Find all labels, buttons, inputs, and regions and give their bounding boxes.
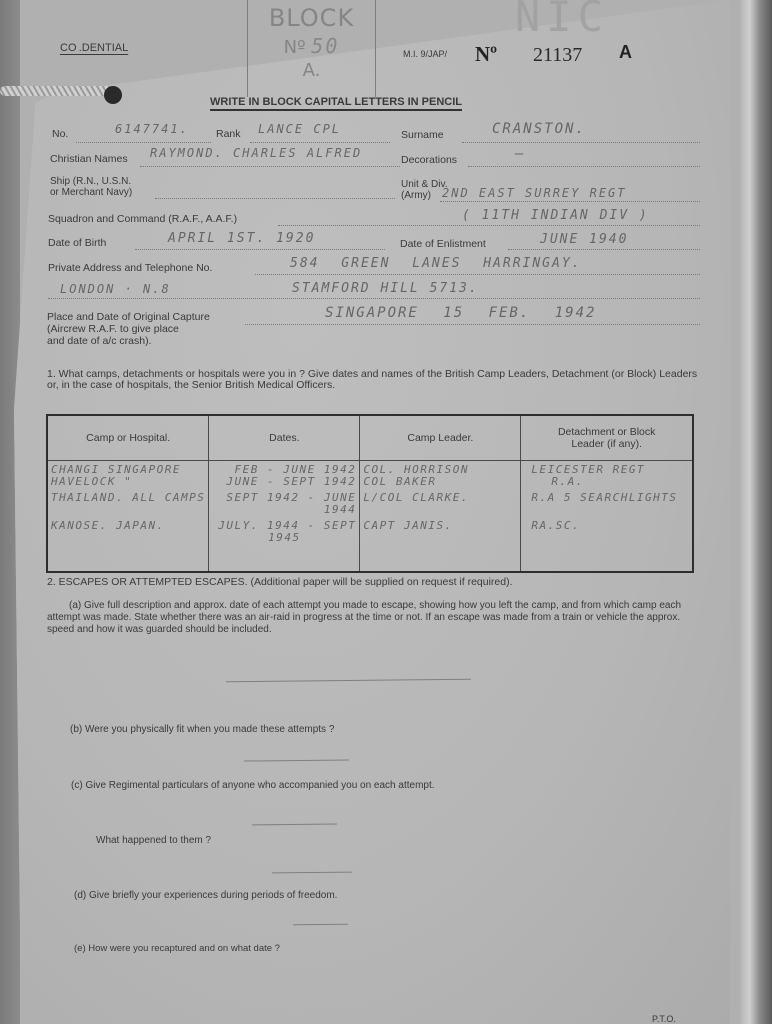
unit-field[interactable]: 2ND EAST SURREY REGT <box>442 186 627 200</box>
block-stamp-letter: A. <box>248 60 375 81</box>
enlistment-label: Date of Enlistment <box>400 238 486 250</box>
pto-label: P.T.O. <box>652 1014 676 1024</box>
camp-leader-cell[interactable]: COL. HORRISON COL BAKER L/COL CLARKE. CA… <box>360 461 521 573</box>
punch-hole <box>104 86 122 104</box>
table-row: CHANGI SINGAPORE HAVELOCK " THAILAND. AL… <box>47 461 693 573</box>
rank-field[interactable]: LANCE CPL <box>258 122 341 136</box>
address-field-line2b[interactable]: STAMFORD HILL 5713. <box>292 281 479 296</box>
christian-names-field[interactable]: RAYMOND. CHARLES ALFRED <box>150 146 362 160</box>
col-header-dates: Dates. <box>209 415 360 461</box>
dob-field[interactable]: APRIL 1ST. 1920 <box>168 231 315 246</box>
address-label: Private Address and Telephone No. <box>48 262 212 274</box>
section2-title: 2. ESCAPES OR ATTEMPTED ESCAPES. (Additi… <box>47 576 513 588</box>
no-field[interactable]: 6147741. <box>115 122 189 136</box>
col-header-camp-leader: Camp Leader. <box>360 415 521 461</box>
squadron-label: Squadron and Command (R.A.F., A.A.F.) <box>48 213 237 225</box>
decorations-label: Decorations <box>401 154 457 166</box>
question-2c: (c) Give Regimental particulars of anyon… <box>71 780 435 791</box>
capture-field[interactable]: SINGAPORE 15 FEB. 1942 <box>325 305 596 321</box>
form-suffix: A <box>619 42 632 63</box>
tag-string <box>0 86 115 96</box>
block-stamp-value: 50 <box>311 34 339 58</box>
unit-label: Unit & Div.(Army) <box>401 179 448 201</box>
decorations-field[interactable]: — <box>515 146 525 162</box>
surname-label: Surname <box>401 129 444 141</box>
enlistment-field[interactable]: JUNE 1940 <box>540 232 628 247</box>
margin-annotation: NIC <box>515 0 609 41</box>
col-header-block-leader: Detachment or Block Leader (if any). <box>521 415 693 461</box>
block-stamp-title: BLOCK <box>248 4 375 32</box>
form-code: M.I. 9/JAP/ <box>403 49 447 59</box>
christian-names-label: Christian Names <box>50 153 128 165</box>
instruction-heading: WRITE IN BLOCK CAPITAL LETTERS IN PENCIL <box>210 96 462 111</box>
question-2b: (b) Were you physically fit when you mad… <box>70 724 334 735</box>
ship-label: Ship (R.N., U.S.N.or Merchant Navy) <box>50 176 132 198</box>
question-2c-followup: What happened to them ? <box>96 835 211 846</box>
surname-field[interactable]: CRANSTON. <box>492 121 586 137</box>
camps-table: Camp or Hospital. Dates. Camp Leader. De… <box>46 414 694 573</box>
file-edge <box>740 0 772 1024</box>
capture-label: Place and Date of Original Capture (Airc… <box>47 311 210 347</box>
no-label: No. <box>52 128 68 140</box>
unit-field-line2[interactable]: ( 11TH INDIAN DIV ) <box>462 208 649 223</box>
address-field-line1[interactable]: 584 GREEN LANES HARRINGAY. <box>290 256 582 271</box>
block-stamp: BLOCK Nº 50 A. <box>247 0 376 97</box>
classification-label: CO .DENTIAL <box>60 42 128 54</box>
camp-cell[interactable]: CHANGI SINGAPORE HAVELOCK " THAILAND. AL… <box>47 461 209 573</box>
rank-label: Rank <box>216 128 241 140</box>
section1-question: 1. What camps, detachments or hospitals … <box>47 369 699 391</box>
question-2d: (d) Give briefly your experiences during… <box>74 890 337 901</box>
col-header-camp: Camp or Hospital. <box>47 415 209 461</box>
block-stamp-no: Nº <box>284 37 306 58</box>
number-label: Nº <box>475 42 497 67</box>
question-2e: (e) How were you recaptured and on what … <box>74 943 280 954</box>
form-number: 21137 <box>533 44 582 67</box>
question-2a: (a) Give full description and approx. da… <box>47 600 699 636</box>
address-field-line2a[interactable]: LONDON · N.8 <box>60 282 171 296</box>
dob-label: Date of Birth <box>48 237 106 249</box>
block-leader-cell[interactable]: LEICESTER REGT R.A. R.A 5 SEARCHLIGHTS R… <box>521 461 693 573</box>
dates-cell[interactable]: FEB - JUNE 1942 JUNE - SEPT 1942 SEPT 19… <box>209 461 360 573</box>
